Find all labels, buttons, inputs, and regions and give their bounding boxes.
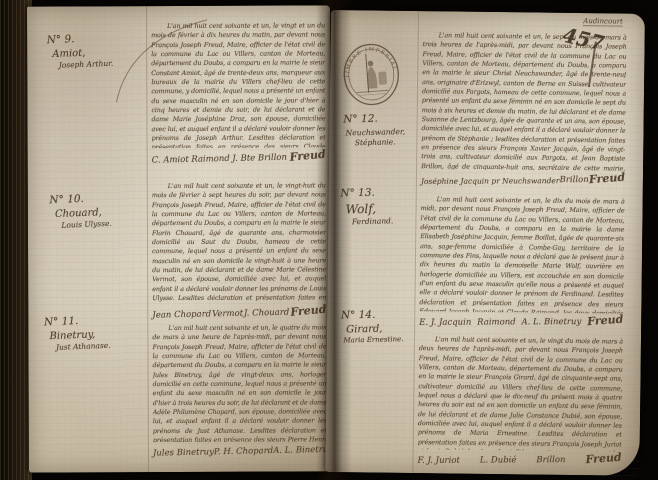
signature-row-13: E. J. Jacquin Raimond A. L. Binetruy Fre…: [419, 314, 623, 328]
signature: F. J. Juriot: [418, 456, 460, 466]
signature: Brillon: [536, 455, 565, 465]
margin-rule: [146, 6, 149, 472]
margin-entry-14: N° 14. Girard, Maria Ernestine.: [341, 308, 422, 345]
signature-mayor: Freud: [289, 148, 326, 164]
margin-entry-12: N° 12. Neuchswander, Stéphanie.: [343, 112, 420, 148]
signature: E. J. Jacquin: [419, 318, 471, 328]
entry-surname: Girard,: [341, 323, 421, 336]
signature: Vermot: [212, 309, 243, 320]
signature: Raimond: [191, 154, 230, 165]
act-text-9: L'an mil huit cent soixante et un, le vi…: [151, 21, 326, 148]
entry-number: N° 14.: [341, 308, 421, 322]
entry-number: N° 13.: [340, 186, 416, 200]
entry-given-names: Maria Ernestine.: [341, 335, 421, 345]
signature: Joséphine Jacquin pr Neuchswander: [421, 176, 559, 186]
signature: J. Bte Brillon: [232, 153, 287, 164]
signature-row-12: Joséphine Jacquin pr Neuchswander Brillo…: [421, 172, 625, 186]
act-text-12: L'an mil huit cent soixante et un, le se…: [421, 31, 627, 171]
signature-mayor: Freud: [290, 303, 327, 319]
entry-surname: Neuchswander,: [344, 127, 420, 138]
margin-entry-10: N° 10. Chouard, Louis Ulysse.: [49, 190, 146, 230]
margin-entry-9: N° 9. Amiot, Joseph Arthur.: [47, 30, 144, 70]
signature: Brillon: [560, 175, 589, 185]
signature-row-9: C. Amiot Raimond J. Bte Brillon Freud: [152, 149, 326, 166]
register-scan: { "colors": { "ink": "#473621", "paper":…: [0, 0, 658, 480]
signature: L. Dubié: [480, 455, 517, 465]
signature: Jean Chopard: [152, 309, 211, 320]
signature-row-10: Jean Chopard Vermot J. Chouard Freud: [152, 304, 326, 321]
signature: C. Amiot: [152, 155, 189, 166]
signature-mayor: Freud: [588, 171, 625, 187]
entry-number: N° 9.: [47, 30, 143, 46]
entry-number: N° 10.: [49, 190, 145, 206]
signature: A. L. Binetruy: [521, 317, 581, 327]
signature-row-11: Jules Binetruy P. H. Chopard A. L. Binet…: [153, 442, 327, 459]
archival-annotation: Audincourt: [583, 17, 623, 26]
margin-entry-11: N° 11. Binetruy, Just Athanase.: [44, 312, 145, 352]
signature-row-14: F. J. Juriot L. Dubié Brillon Freud: [417, 452, 621, 466]
act-text-13: L'an mil huit cent soixante et un, le di…: [419, 195, 624, 313]
signature: Raimond: [477, 317, 516, 327]
entry-surname: Wolf,: [341, 201, 417, 217]
right-page: Audincourt 457 TIMBRE IMPÉRIAL N° 12. Ne…: [325, 10, 645, 476]
entry-given-names: Ferdinand.: [341, 216, 417, 227]
margin-entry-13: N° 13. Wolf, Ferdinand.: [340, 186, 417, 227]
signature-mayor: Freud: [587, 313, 624, 329]
timbre-imperial-stamp-icon: TIMBRE IMPÉRIAL: [338, 38, 405, 108]
entry-number: N° 12.: [343, 112, 419, 126]
signature: J. Chouard: [244, 308, 290, 319]
act-text-10: L'an mil huit cent soixante et un, le vi…: [152, 181, 327, 304]
act-text-14: L'an mil huit cent soixante et un, le vi…: [418, 335, 623, 451]
left-page: N° 9. Amiot, Joseph Arthur. N° 10. Choua…: [27, 5, 332, 472]
signature: Jules Binetruy: [153, 447, 214, 458]
entry-given-names: Stéphanie.: [344, 137, 420, 148]
entry-number: N° 11.: [44, 312, 144, 328]
signature: P. H. Chopard: [214, 446, 274, 457]
signature: A. L. Binetruy: [273, 445, 333, 456]
act-text-11: L'an mil huit cent soixante et un, le qu…: [152, 323, 327, 442]
signature-mayor: Freud: [585, 451, 622, 467]
